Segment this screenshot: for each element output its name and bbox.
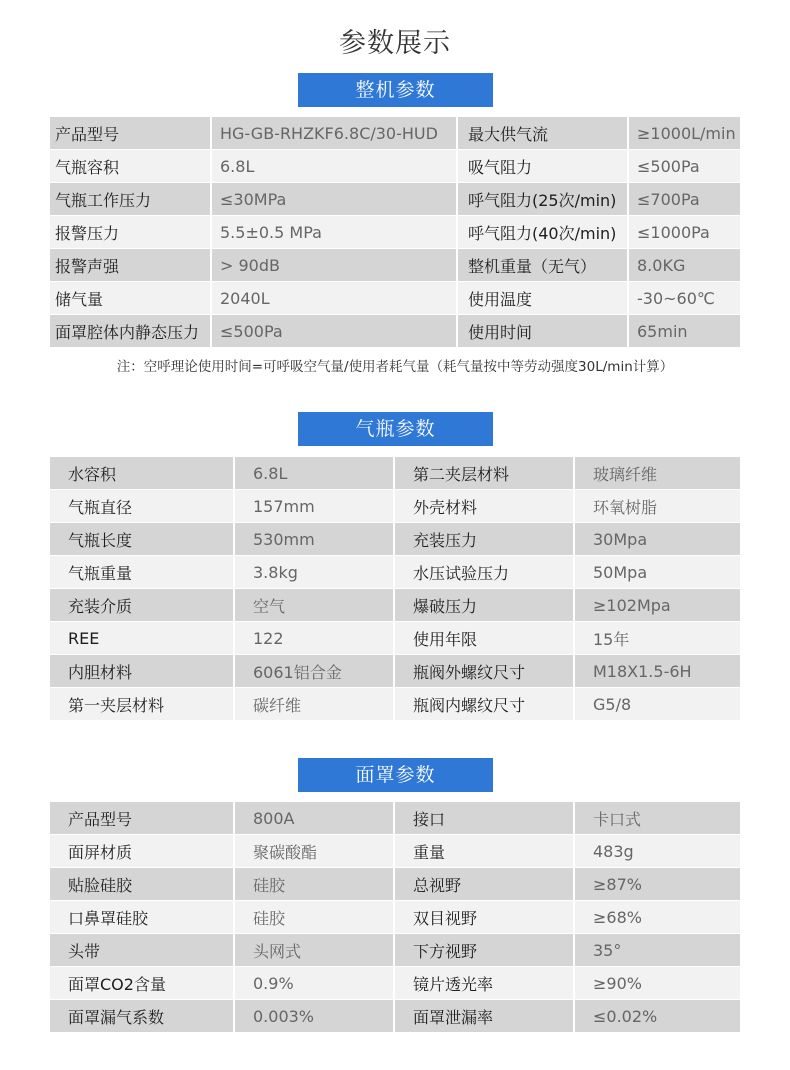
param-value: 碳纤维 bbox=[234, 688, 394, 721]
table-row: 报警压力5.5±0.5 MPa呼气阻力(40次/min)≤1000Pa bbox=[50, 216, 740, 249]
param-name: 报警压力 bbox=[50, 216, 211, 249]
table-row: 报警声强> 90dB整机重量（无气）8.0KG bbox=[50, 249, 740, 282]
param-value: 卡口式 bbox=[574, 802, 740, 835]
param-value: 6.8L bbox=[234, 457, 394, 490]
param-name: 重量 bbox=[394, 835, 574, 868]
param-value: G5/8 bbox=[574, 688, 740, 721]
param-name: 气瓶重量 bbox=[50, 556, 234, 589]
param-name: 爆破压力 bbox=[394, 589, 574, 622]
param-value: ≤30MPa bbox=[211, 183, 457, 216]
param-value: 530mm bbox=[234, 523, 394, 556]
param-name: 产品型号 bbox=[50, 802, 234, 835]
param-value: 6061铝合金 bbox=[234, 655, 394, 688]
param-name: 面罩泄漏率 bbox=[394, 1000, 574, 1033]
table-row: 贴脸硅胶硅胶总视野≥87% bbox=[50, 868, 740, 901]
param-name: 使用时间 bbox=[457, 315, 628, 348]
table-row: 口鼻罩硅胶硅胶双目视野≥68% bbox=[50, 901, 740, 934]
param-name: 面罩漏气系数 bbox=[50, 1000, 234, 1033]
param-name: 内胆材料 bbox=[50, 655, 234, 688]
param-name: 整机重量（无气） bbox=[457, 249, 628, 282]
param-name: 吸气阻力 bbox=[457, 150, 628, 183]
param-name: 口鼻罩硅胶 bbox=[50, 901, 234, 934]
param-name: 呼气阻力(40次/min) bbox=[457, 216, 628, 249]
table-row: 内胆材料6061铝合金瓶阀外螺纹尺寸M18X1.5-6H bbox=[50, 655, 740, 688]
param-value: 环氧树脂 bbox=[574, 490, 740, 523]
param-name: 头带 bbox=[50, 934, 234, 967]
section-header-cylinder: 气瓶参数 bbox=[298, 412, 493, 446]
param-value: HG-GB-RHZKF6.8C/30-HUD bbox=[211, 117, 457, 150]
table-row: 面屏材质聚碳酸酯重量483g bbox=[50, 835, 740, 868]
param-name: 面罩CO2含量 bbox=[50, 967, 234, 1000]
param-name: 充装介质 bbox=[50, 589, 234, 622]
param-value: 0.003% bbox=[234, 1000, 394, 1033]
table-row: 气瓶容积6.8L吸气阻力≤500Pa bbox=[50, 150, 740, 183]
param-value: ≤0.02% bbox=[574, 1000, 740, 1033]
param-name: 使用温度 bbox=[457, 282, 628, 315]
param-value: > 90dB bbox=[211, 249, 457, 282]
param-name: REE bbox=[50, 622, 234, 655]
section-header-mask: 面罩参数 bbox=[298, 758, 493, 792]
section-header-machine: 整机参数 bbox=[298, 73, 493, 107]
table-row: 第一夹层材料碳纤维瓶阀内螺纹尺寸G5/8 bbox=[50, 688, 740, 721]
footnote: 注：空呼理论使用时间=可呼吸空气量/使用者耗气量（耗气量按中等劳动强度30L/m… bbox=[0, 357, 790, 377]
param-value: 8.0KG bbox=[628, 249, 740, 282]
param-name: 贴脸硅胶 bbox=[50, 868, 234, 901]
table-row: 面罩漏气系数0.003%面罩泄漏率≤0.02% bbox=[50, 1000, 740, 1033]
param-value: 聚碳酸酯 bbox=[234, 835, 394, 868]
param-name: 镜片透光率 bbox=[394, 967, 574, 1000]
param-name: 瓶阀外螺纹尺寸 bbox=[394, 655, 574, 688]
param-value: 483g bbox=[574, 835, 740, 868]
param-name: 面罩腔体内静态压力 bbox=[50, 315, 211, 348]
param-value: ≥87% bbox=[574, 868, 740, 901]
table-row: 水容积6.8L第二夹层材料玻璃纤维 bbox=[50, 457, 740, 490]
param-name: 气瓶直径 bbox=[50, 490, 234, 523]
param-name: 外壳材料 bbox=[394, 490, 574, 523]
param-value: 30Mpa bbox=[574, 523, 740, 556]
param-name: 气瓶工作压力 bbox=[50, 183, 211, 216]
param-name: 气瓶容积 bbox=[50, 150, 211, 183]
param-value: ≥102Mpa bbox=[574, 589, 740, 622]
table-row: REE122使用年限15年 bbox=[50, 622, 740, 655]
param-value: 800A bbox=[234, 802, 394, 835]
param-value: ≥1000L/min bbox=[628, 117, 740, 150]
page-title: 参数展示 bbox=[0, 24, 790, 64]
table-row: 产品型号800A接口卡口式 bbox=[50, 802, 740, 835]
param-value: 5.5±0.5 MPa bbox=[211, 216, 457, 249]
param-value: ≤700Pa bbox=[628, 183, 740, 216]
param-value: 50Mpa bbox=[574, 556, 740, 589]
param-name: 双目视野 bbox=[394, 901, 574, 934]
table-row: 气瓶重量3.8kg水压试验压力50Mpa bbox=[50, 556, 740, 589]
param-value: 15年 bbox=[574, 622, 740, 655]
param-name: 第一夹层材料 bbox=[50, 688, 234, 721]
param-value: ≤500Pa bbox=[211, 315, 457, 348]
table-row: 储气量2040L使用温度-30~60℃ bbox=[50, 282, 740, 315]
param-name: 总视野 bbox=[394, 868, 574, 901]
param-value: ≥90% bbox=[574, 967, 740, 1000]
param-name: 充装压力 bbox=[394, 523, 574, 556]
table-row: 面罩CO2含量0.9%镜片透光率≥90% bbox=[50, 967, 740, 1000]
param-value: 空气 bbox=[234, 589, 394, 622]
param-name: 下方视野 bbox=[394, 934, 574, 967]
param-name: 呼气阻力(25次/min) bbox=[457, 183, 628, 216]
param-value: 6.8L bbox=[211, 150, 457, 183]
param-value: 玻璃纤维 bbox=[574, 457, 740, 490]
table-row: 气瓶直径157mm外壳材料环氧树脂 bbox=[50, 490, 740, 523]
param-value: 65min bbox=[628, 315, 740, 348]
param-name: 气瓶长度 bbox=[50, 523, 234, 556]
param-value: ≤1000Pa bbox=[628, 216, 740, 249]
param-name: 产品型号 bbox=[50, 117, 211, 150]
param-name: 使用年限 bbox=[394, 622, 574, 655]
table-row: 面罩腔体内静态压力≤500Pa使用时间65min bbox=[50, 315, 740, 348]
param-name: 储气量 bbox=[50, 282, 211, 315]
param-name: 接口 bbox=[394, 802, 574, 835]
table-row: 气瓶长度530mm充装压力30Mpa bbox=[50, 523, 740, 556]
param-value: ≥68% bbox=[574, 901, 740, 934]
param-value: 硅胶 bbox=[234, 901, 394, 934]
param-value: 头网式 bbox=[234, 934, 394, 967]
param-value: 0.9% bbox=[234, 967, 394, 1000]
param-name: 水容积 bbox=[50, 457, 234, 490]
param-value: 157mm bbox=[234, 490, 394, 523]
param-value: 2040L bbox=[211, 282, 457, 315]
table-row: 气瓶工作压力≤30MPa呼气阻力(25次/min)≤700Pa bbox=[50, 183, 740, 216]
param-value: 35° bbox=[574, 934, 740, 967]
table-row: 头带头网式下方视野35° bbox=[50, 934, 740, 967]
table-row: 产品型号HG-GB-RHZKF6.8C/30-HUD最大供气流≥1000L/mi… bbox=[50, 117, 740, 150]
param-name: 第二夹层材料 bbox=[394, 457, 574, 490]
param-value: 3.8kg bbox=[234, 556, 394, 589]
param-name: 最大供气流 bbox=[457, 117, 628, 150]
param-value: 硅胶 bbox=[234, 868, 394, 901]
param-value: M18X1.5-6H bbox=[574, 655, 740, 688]
param-value: -30~60℃ bbox=[628, 282, 740, 315]
param-name: 面屏材质 bbox=[50, 835, 234, 868]
param-name: 瓶阀内螺纹尺寸 bbox=[394, 688, 574, 721]
mask-params-table: 产品型号800A接口卡口式 面屏材质聚碳酸酯重量483g 贴脸硅胶硅胶总视野≥8… bbox=[50, 802, 740, 1033]
table-row: 充装介质空气爆破压力≥102Mpa bbox=[50, 589, 740, 622]
cylinder-params-table: 水容积6.8L第二夹层材料玻璃纤维 气瓶直径157mm外壳材料环氧树脂 气瓶长度… bbox=[50, 457, 740, 721]
param-name: 水压试验压力 bbox=[394, 556, 574, 589]
machine-params-table: 产品型号HG-GB-RHZKF6.8C/30-HUD最大供气流≥1000L/mi… bbox=[50, 117, 740, 348]
param-value: ≤500Pa bbox=[628, 150, 740, 183]
param-name: 报警声强 bbox=[50, 249, 211, 282]
param-value: 122 bbox=[234, 622, 394, 655]
